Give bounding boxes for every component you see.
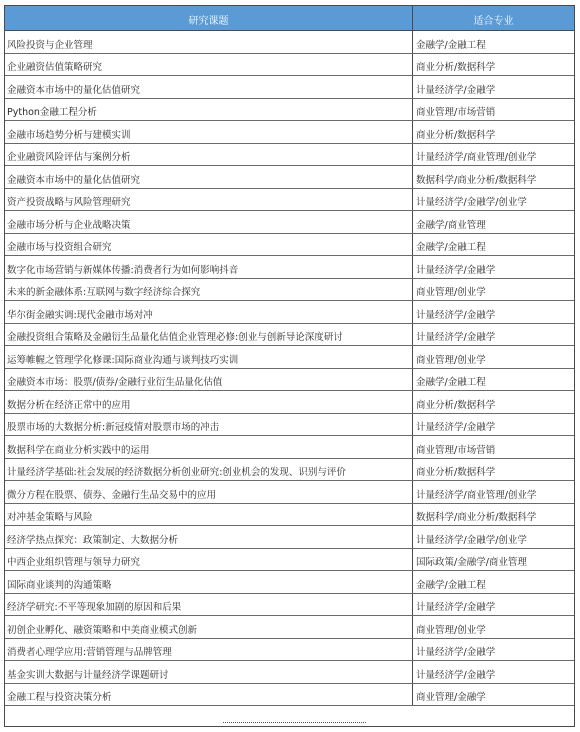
table-row: 金融资本市场中的量化估值研究计量经济学/金融学 (5, 76, 574, 99)
table-row: 消费者心理学应用:营销管理与品牌管理计量经济学/金融学 (5, 639, 574, 662)
topic-cell: 数字化市场营销与新媒体传播:消费者行为如何影响抖音 (5, 256, 413, 278)
topic-cell: 金融工程与投资决策分析 (5, 684, 413, 706)
header-topic: 研究课题 (5, 6, 413, 30)
major-cell: 计量经济学/金融学/创业学 (413, 526, 574, 548)
major-cell: 金融学/金融工程 (413, 31, 574, 53)
major-cell: 计量经济学/金融学/创业学 (413, 189, 574, 211)
topic-cell: 数据分析在经济正常中的应用 (5, 391, 413, 413)
topic-cell: 金融市场分析与企业战略决策 (5, 211, 413, 233)
topic-cell: 金融投资组合策略及金融衍生品量化估值企业管理必修:创业与创新导论深度研讨 (5, 324, 413, 346)
topic-cell: 金融资本市场中的量化估值研究 (5, 76, 413, 98)
major-cell: 金融学/金融工程 (413, 571, 574, 593)
table-header-row: 研究课题 适合专业 (5, 6, 574, 31)
major-cell: 计量经济学/金融学 (413, 661, 574, 683)
table-row: 金融资本市场：股票/债券/金融行业衍生品量化估值金融学/金融工程 (5, 369, 574, 392)
major-cell: 商业管理/创业学 (413, 346, 574, 368)
topic-cell: 经济学研究:不平等现象加剧的原因和后果 (5, 594, 413, 616)
major-cell: 商业分析/数据科学 (413, 391, 574, 413)
table-row: 股票市场的大数据分析:新冠疫情对股票市场的冲击计量经济学/金融学 (5, 414, 574, 437)
dotted-divider (223, 722, 366, 723)
topic-cell: 企业融资风险评估与案例分析 (5, 144, 413, 166)
table-row: 华尔街金融实调:现代金融市场对冲计量经济学/金融学 (5, 301, 574, 324)
major-cell: 商业管理/创业学 (413, 616, 574, 638)
major-cell: 计量经济学/金融学 (413, 414, 574, 436)
topic-cell: 消费者心理学应用:营销管理与品牌管理 (5, 639, 413, 661)
topic-cell: 基金实训大数据与计量经济学课题研讨 (5, 661, 413, 683)
table-row: 企业融资估值策略研究商业分析/数据科学 (5, 54, 574, 77)
table-body: 风险投资与企业管理金融学/金融工程企业融资估值策略研究商业分析/数据科学金融资本… (5, 31, 574, 706)
topic-cell: 国际商业谈判的沟通策略 (5, 571, 413, 593)
topic-cell: 微分方程在股票、债券、金融行生品交易中的应用 (5, 481, 413, 503)
topic-cell: 华尔街金融实调:现代金融市场对冲 (5, 301, 413, 323)
table-footer (5, 706, 574, 728)
major-cell: 商业分析/数据科学 (413, 459, 574, 481)
major-cell: 计量经济学/金融学 (413, 324, 574, 346)
major-cell: 计量经济学/金融学 (413, 301, 574, 323)
table-row: 资产投资战略与风险管理研究计量经济学/金融学/创业学 (5, 189, 574, 212)
major-cell: 商业管理/市场营销 (413, 436, 574, 458)
table-row: 风险投资与企业管理金融学/金融工程 (5, 31, 574, 54)
topic-cell: 对冲基金策略与风险 (5, 504, 413, 526)
topic-cell: 金融市场趋势分析与建模实训 (5, 121, 413, 143)
major-cell: 计量经济学/金融学 (413, 256, 574, 278)
major-cell: 计量经济学/金融学 (413, 639, 574, 661)
major-cell: 计量经济学/金融学 (413, 594, 574, 616)
topic-cell: 经济学热点探究：政策制定、大数据分析 (5, 526, 413, 548)
table-row: 数据科学在商业分析实践中的运用商业管理/市场营销 (5, 436, 574, 459)
topic-cell: Python金融工程分析 (5, 99, 413, 121)
table-row: 中西企业组织管理与领导力研究国际政策/金融学/商业管理 (5, 549, 574, 572)
major-cell: 金融学/金融工程 (413, 234, 574, 256)
table-row: 数字化市场营销与新媒体传播:消费者行为如何影响抖音计量经济学/金融学 (5, 256, 574, 279)
topic-cell: 未来的新金融体系:互联网与数字经济综合探究 (5, 279, 413, 301)
topic-cell: 中西企业组织管理与领导力研究 (5, 549, 413, 571)
major-cell: 计量经济学/商业管理/创业学 (413, 144, 574, 166)
major-cell: 商业分析/数据科学 (413, 54, 574, 76)
major-cell: 数据科学/商业分析/数据科学 (413, 166, 574, 188)
table-row: 微分方程在股票、债券、金融行生品交易中的应用计量经济学/商业管理/创业学 (5, 481, 574, 504)
topic-cell: 金融资本市场：股票/债券/金融行业衍生品量化估值 (5, 369, 413, 391)
topic-cell: 初创企业孵化、融资策略和中美商业模式创新 (5, 616, 413, 638)
topic-cell: 风险投资与企业管理 (5, 31, 413, 53)
topic-cell: 企业融资估值策略研究 (5, 54, 413, 76)
topic-cell: 资产投资战略与风险管理研究 (5, 189, 413, 211)
table-row: 金融工程与投资决策分析商业管理/金融学 (5, 684, 574, 707)
major-cell: 商业分析/数据科学 (413, 121, 574, 143)
table-row: 运筹帷幄之管理学化修课:国际商业沟通与谈判技巧实训商业管理/创业学 (5, 346, 574, 369)
table-row: 金融市场趋势分析与建模实训商业分析/数据科学 (5, 121, 574, 144)
major-cell: 数据科学/商业分析/数据科学 (413, 504, 574, 526)
topic-cell: 运筹帷幄之管理学化修课:国际商业沟通与谈判技巧实训 (5, 346, 413, 368)
table-row: 金融投资组合策略及金融衍生品量化估值企业管理必修:创业与创新导论深度研讨计量经济… (5, 324, 574, 347)
major-cell: 金融学/金融工程 (413, 369, 574, 391)
table-row: 经济学研究:不平等现象加剧的原因和后果计量经济学/金融学 (5, 594, 574, 617)
table-row: 金融市场与投资组合研究金融学/金融工程 (5, 234, 574, 257)
table-row: 经济学热点探究：政策制定、大数据分析计量经济学/金融学/创业学 (5, 526, 574, 549)
major-cell: 国际政策/金融学/商业管理 (413, 549, 574, 571)
major-cell: 商业管理/创业学 (413, 279, 574, 301)
topic-cell: 数据科学在商业分析实践中的运用 (5, 436, 413, 458)
table-row: 企业融资风险评估与案例分析计量经济学/商业管理/创业学 (5, 144, 574, 167)
topic-cell: 股票市场的大数据分析:新冠疫情对股票市场的冲击 (5, 414, 413, 436)
research-topics-table: 研究课题 适合专业 风险投资与企业管理金融学/金融工程企业融资估值策略研究商业分… (4, 5, 575, 727)
table-row: 计量经济学基础:社会发展的经济数据分析创业研究:创业机会的发现、识别与评价商业分… (5, 459, 574, 482)
table-row: 对冲基金策略与风险数据科学/商业分析/数据科学 (5, 504, 574, 527)
table-row: 金融资本市场中的量化估值研究数据科学/商业分析/数据科学 (5, 166, 574, 189)
major-cell: 商业管理/市场营销 (413, 99, 574, 121)
major-cell: 计量经济学/金融学 (413, 76, 574, 98)
table-row: 基金实训大数据与计量经济学课题研讨计量经济学/金融学 (5, 661, 574, 684)
table-row: Python金融工程分析商业管理/市场营销 (5, 99, 574, 122)
major-cell: 金融学/商业管理 (413, 211, 574, 233)
table-row: 数据分析在经济正常中的应用商业分析/数据科学 (5, 391, 574, 414)
major-cell: 商业管理/金融学 (413, 684, 574, 706)
table-row: 国际商业谈判的沟通策略金融学/金融工程 (5, 571, 574, 594)
topic-cell: 金融市场与投资组合研究 (5, 234, 413, 256)
major-cell: 计量经济学/商业管理/创业学 (413, 481, 574, 503)
topic-cell: 计量经济学基础:社会发展的经济数据分析创业研究:创业机会的发现、识别与评价 (5, 459, 413, 481)
header-major: 适合专业 (413, 6, 574, 30)
table-row: 金融市场分析与企业战略决策金融学/商业管理 (5, 211, 574, 234)
table-row: 初创企业孵化、融资策略和中美商业模式创新商业管理/创业学 (5, 616, 574, 639)
table-row: 未来的新金融体系:互联网与数字经济综合探究商业管理/创业学 (5, 279, 574, 302)
topic-cell: 金融资本市场中的量化估值研究 (5, 166, 413, 188)
